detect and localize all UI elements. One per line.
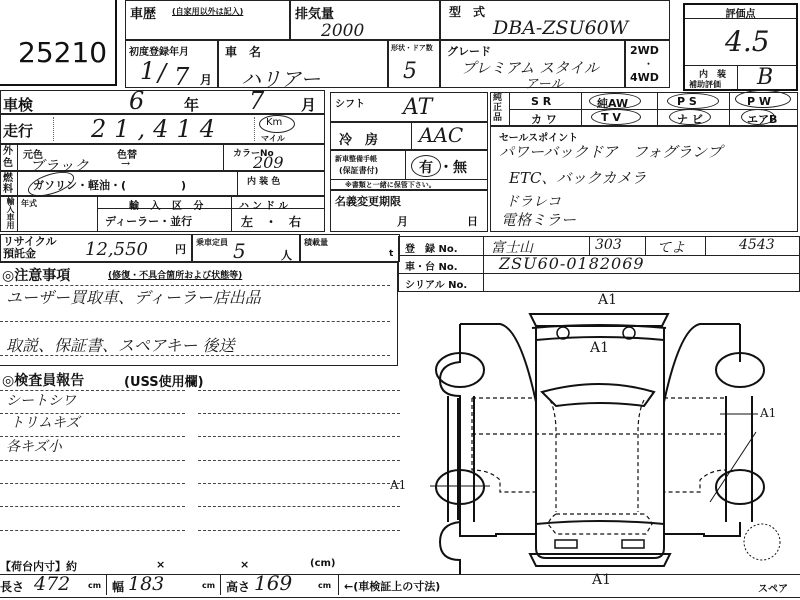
inspection-month: 7 xyxy=(249,87,264,115)
registration-block: 登 録 No. 富士山 303 てよ 4543 車・台 No. ZSU60-01… xyxy=(398,236,800,292)
notes-line: ユーザー買取車、ディーラー店出品 xyxy=(6,285,261,308)
length-value: 472 xyxy=(34,573,70,595)
manual-selected-circle xyxy=(411,155,441,177)
changed-color-value: → xyxy=(121,157,130,170)
exterior-color-cell: 外 色 元色 色替 ブラック → カラーNo 209 xyxy=(0,144,325,171)
recycle-cell: リサイクル 預託金 12,550 円 xyxy=(0,234,192,262)
inspection-cell: 車検 6 年 7 月 xyxy=(0,90,325,114)
reg-label: 登 録 No. xyxy=(405,240,458,255)
inspector-subtitle: (USS使用欄) xyxy=(124,371,204,390)
score-box: 評価点 4.5 内 装 補助評価 B xyxy=(683,3,798,91)
displacement-label: 排気量 xyxy=(295,3,334,22)
options-grid: 純正品 S R 純AW P S P W カ ワ T V ナ ビ エアB xyxy=(490,92,798,126)
capacity-value: 5 xyxy=(233,239,246,263)
drive-2wd: 2WD xyxy=(630,44,659,57)
dimensions-note: ←(車検証上の寸法) xyxy=(344,578,440,594)
inspector-line: 各キズ小 xyxy=(6,436,62,456)
aircon-cell: 冷 房 AAC xyxy=(330,122,488,150)
options-label: 純正品 xyxy=(493,93,507,123)
capacity-cell: 乗車定員 5 人 xyxy=(192,234,300,262)
spare-label: スペア xyxy=(758,580,788,595)
load-cell: 積載量 t xyxy=(300,234,400,262)
sales-points-cell: セールスポイント パワーバックドア フォグランプ ETC、バックカメラ ドラレコ… xyxy=(490,126,798,232)
sales-point-line: ドラレコ xyxy=(505,191,561,211)
height-value: 169 xyxy=(254,571,292,595)
handle-label: ハンドル xyxy=(239,197,291,212)
lot-box: 25210 xyxy=(0,0,117,86)
inspection-year: 6 xyxy=(129,87,144,115)
sales-point-line: 電格ミラー xyxy=(501,209,576,230)
unit-mile: マイル xyxy=(261,133,285,144)
displacement-cell: 排気量 2000 xyxy=(290,0,440,40)
option-leather: カ ワ xyxy=(531,111,557,127)
first-registration-month: 7 xyxy=(174,63,189,91)
reg-kana: てよ xyxy=(657,237,685,257)
load-label: 積載量 xyxy=(304,237,328,248)
history-label: 車歴 xyxy=(130,3,156,22)
displacement-value: 2000 xyxy=(321,21,364,41)
reg-class: 303 xyxy=(595,237,622,253)
interior-score-value: B xyxy=(757,65,773,90)
inspector-title: ◎検査員報告 xyxy=(2,370,84,390)
cargo-row: 【荷台内寸】約 × × (cm) xyxy=(0,558,345,574)
mark-rear-bumper: A1 xyxy=(598,292,617,308)
month-suffix: 月 xyxy=(200,71,212,88)
first-registration-year: 1 xyxy=(140,57,155,85)
inspection-label: 車検 xyxy=(3,94,33,115)
shift-cell: シフト AT xyxy=(330,92,488,122)
inspector-line: トリムキズ xyxy=(10,412,80,432)
shift-label: シフト xyxy=(335,95,365,110)
manual-no: 無 xyxy=(453,157,467,177)
serial-label: シリアル No. xyxy=(405,276,467,291)
history-note: (自家用以外は記入) xyxy=(172,6,243,17)
inspector-line: シートシワ xyxy=(6,390,76,410)
first-registration-label: 初度登録年月 xyxy=(129,43,189,58)
handle-value: 左 ・ 右 xyxy=(241,213,301,230)
doors-cell: 形状・ドア数 5 xyxy=(388,40,440,88)
notes-line: 取説、保証書、スペアキー 後送 xyxy=(6,333,234,356)
model-code-cell: 型 式 DBA-ZSU60W xyxy=(440,0,670,40)
model-code-value: DBA-ZSU60W xyxy=(493,17,628,39)
notes-subtitle: (修復・不具合箇所および状態等) xyxy=(108,268,242,281)
doors-label: 形状・ドア数 xyxy=(391,43,433,53)
car-damage-diagram xyxy=(400,292,800,574)
import-year-label: 年式 xyxy=(21,198,37,209)
capacity-label: 乗車定員 xyxy=(196,237,228,248)
mark-left-side: A1 xyxy=(390,478,406,492)
recycle-label: リサイクル xyxy=(3,236,56,247)
sales-point-line: パワーバックドア フォグランプ xyxy=(499,141,722,162)
shift-value: AT xyxy=(403,95,432,120)
model-code-label: 型 式 xyxy=(449,3,485,20)
mileage-value: 21,414 xyxy=(91,115,223,143)
chassis-value: ZSU60-0182069 xyxy=(499,254,645,273)
aircon-value: AAC xyxy=(419,123,463,147)
chassis-label: 車・台 No. xyxy=(405,258,458,273)
color-code-value: 209 xyxy=(253,153,284,172)
import-cell: 輸入車用 年式 輸 入 区 分 ディーラー・並行 ハンドル 左 ・ 右 xyxy=(0,196,325,232)
dimensions-row: 長さ 472 cm 幅 183 cm 高さ 169 cm ←(車検証上の寸法) xyxy=(0,574,800,598)
width-value: 183 xyxy=(128,573,164,595)
first-registration-cell: 初度登録年月 1 / 7 月 xyxy=(125,40,218,88)
grade-cell: グレード プレミアム スタイル アール xyxy=(440,40,625,88)
reg-number: 4543 xyxy=(739,237,775,253)
import-category-value: ディーラー・並行 xyxy=(105,213,192,229)
notes-title: ◎注意事項 xyxy=(2,265,70,285)
import-category-label: 輸 入 区 分 xyxy=(129,197,207,212)
notes-block: ◎注意事項 (修復・不具合箇所および状態等) ユーザー買取車、ディーラー店出品 … xyxy=(0,262,398,366)
recycle-value: 12,550 xyxy=(85,239,148,260)
score-value: 4.5 xyxy=(725,25,770,58)
cargo-label: 【荷台内寸】約 xyxy=(0,558,77,574)
car-name-label: 車 名 xyxy=(225,43,261,60)
mark-rear-gate: A1 xyxy=(590,340,609,356)
name-change-cell: 名義変更期限 月 日 xyxy=(330,190,488,232)
option-sr: S R xyxy=(531,95,551,108)
score-label: 評価点 xyxy=(685,5,796,19)
manual-cell: 新車整備手帳 (保証書付) 有 ・ 無 ※書類と一緒に保管下さい。 xyxy=(330,150,488,190)
interior-score-sublabel: 補助評価 xyxy=(689,79,721,90)
lot-number: 25210 xyxy=(18,36,107,69)
mileage-label: 走行 xyxy=(3,120,33,141)
fuel-cell: 燃 料 ガソリン・軽油・( ) 内 装 色 xyxy=(0,171,325,196)
mark-right-side: A1 xyxy=(760,406,776,420)
mileage-cell: 走行 21,414 Km マイル xyxy=(0,114,325,144)
mark-front-bumper: A1 xyxy=(592,572,611,588)
drive-4wd: 4WD xyxy=(630,71,659,84)
drive-cell: 2WD ・ 4WD xyxy=(625,40,670,88)
manual-label: 新車整備手帳 xyxy=(335,154,377,164)
grade-value-line2: アール xyxy=(525,73,563,92)
aircon-label: 冷 房 xyxy=(339,129,378,148)
manual-note: ※書類と一緒に保管下さい。 xyxy=(345,180,436,190)
interior-color-label: 内 装 色 xyxy=(247,174,280,187)
inspector-block: ◎検査員報告 (USS使用欄) シートシワ トリムキズ 各キズ小 xyxy=(0,368,400,548)
history-cell: 車歴 (自家用以外は記入) xyxy=(125,0,290,40)
sales-point-line: ETC、バックカメラ xyxy=(509,167,646,188)
name-change-label: 名義変更期限 xyxy=(335,193,401,209)
car-name-cell: 車 名 ハリアー xyxy=(218,40,388,88)
unit-km: Km xyxy=(266,117,282,128)
doors-value: 5 xyxy=(403,59,417,84)
import-label: 輸入車用 xyxy=(2,197,14,229)
